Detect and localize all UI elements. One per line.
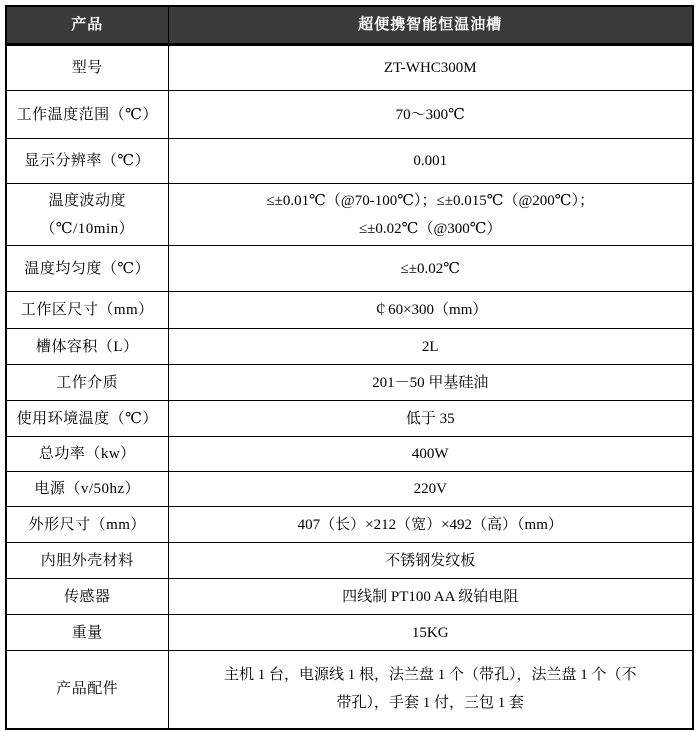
spec-value: 407（长）×212（宽）×492（高）（mm） xyxy=(168,507,693,543)
spec-value: 四线制 PT100 AA 级铂电阻 xyxy=(168,579,693,615)
spec-value: 400W xyxy=(168,437,693,472)
spec-row: 工作温度范围（℃）70～300℃ xyxy=(6,91,693,139)
spec-row: 温度均匀度（℃）≤±0.02℃ xyxy=(6,246,693,292)
spec-value: 低于 35 xyxy=(168,401,693,437)
spec-value: 0.001 xyxy=(168,139,693,184)
header-product-label: 产品 xyxy=(6,6,168,45)
spec-label: 外形尺寸（mm） xyxy=(6,507,168,543)
spec-label: 总功率（kw） xyxy=(6,437,168,472)
spec-row: 电源（v/50hz）220V xyxy=(6,472,693,507)
spec-row: 工作区尺寸（mm）￠60×300（mm） xyxy=(6,292,693,329)
spec-label: 显示分辨率（℃） xyxy=(6,139,168,184)
spec-label: 电源（v/50hz） xyxy=(6,472,168,507)
spec-value: ≤±0.01℃（@70-100℃）；≤±0.015℃（@200℃）； ≤±0.0… xyxy=(168,184,693,246)
spec-row: 总功率（kw）400W xyxy=(6,437,693,472)
spec-row: 工作介质201－50 甲基硅油 xyxy=(6,365,693,401)
spec-row: 传感器四线制 PT100 AA 级铂电阻 xyxy=(6,579,693,615)
spec-value: 2L xyxy=(168,329,693,365)
spec-value: 220V xyxy=(168,472,693,507)
spec-value: 70～300℃ xyxy=(168,91,693,139)
spec-label: 工作区尺寸（mm） xyxy=(6,292,168,329)
spec-label: 传感器 xyxy=(6,579,168,615)
spec-row: 型号ZT-WHC300M xyxy=(6,45,693,91)
spec-row: 产品配件主机 1 台，电源线 1 根，法兰盘 1 个（带孔），法兰盘 1 个（不… xyxy=(6,651,693,729)
spec-label: 重量 xyxy=(6,615,168,651)
spec-table: 产品 超便携智能恒温油槽 型号ZT-WHC300M工作温度范围（℃）70～300… xyxy=(5,5,694,730)
spec-label: 工作温度范围（℃） xyxy=(6,91,168,139)
spec-row: 显示分辨率（℃）0.001 xyxy=(6,139,693,184)
spec-label: 工作介质 xyxy=(6,365,168,401)
spec-label: 温度均匀度（℃） xyxy=(6,246,168,292)
spec-label: 内胆外壳材料 xyxy=(6,543,168,579)
spec-value: 不锈钢发纹板 xyxy=(168,543,693,579)
spec-row: 内胆外壳材料不锈钢发纹板 xyxy=(6,543,693,579)
header-product-name: 超便携智能恒温油槽 xyxy=(168,6,693,45)
spec-value: 15KG xyxy=(168,615,693,651)
spec-value: ≤±0.02℃ xyxy=(168,246,693,292)
spec-row: 使用环境温度（℃）低于 35 xyxy=(6,401,693,437)
spec-label: 温度波动度 （℃/10min） xyxy=(6,184,168,246)
spec-label: 槽体容积（L） xyxy=(6,329,168,365)
spec-label: 使用环境温度（℃） xyxy=(6,401,168,437)
spec-row: 外形尺寸（mm）407（长）×212（宽）×492（高）（mm） xyxy=(6,507,693,543)
spec-row: 重量15KG xyxy=(6,615,693,651)
table-header-row: 产品 超便携智能恒温油槽 xyxy=(6,6,693,45)
spec-label: 产品配件 xyxy=(6,651,168,729)
spec-row: 温度波动度 （℃/10min）≤±0.01℃（@70-100℃）；≤±0.015… xyxy=(6,184,693,246)
spec-value: 主机 1 台，电源线 1 根，法兰盘 1 个（带孔），法兰盘 1 个（不 带孔）… xyxy=(168,651,693,729)
spec-label: 型号 xyxy=(6,45,168,91)
spec-value: ZT-WHC300M xyxy=(168,45,693,91)
spec-value: 201－50 甲基硅油 xyxy=(168,365,693,401)
spec-row: 槽体容积（L）2L xyxy=(6,329,693,365)
spec-value: ￠60×300（mm） xyxy=(168,292,693,329)
